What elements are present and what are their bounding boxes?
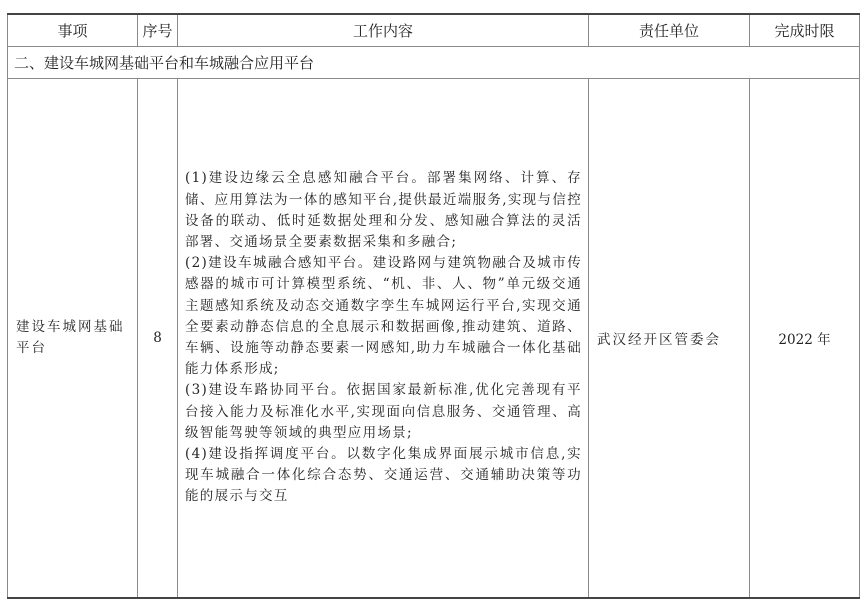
header-unit: 责任单位	[589, 14, 750, 47]
item-cell: 建设车城网基础平台	[8, 79, 138, 599]
deadline-cell: 2022 年	[750, 79, 860, 599]
section-row: 二、建设车城网基础平台和车城融合应用平台	[8, 47, 860, 79]
content-paragraph-1: (1)建设边缘云全息感知融合平台。部署集网络、计算、存储、应用算法为一体的感知平…	[185, 168, 582, 253]
content-paragraph-2: (2)建设车城融合感知平台。建设路网与建筑物融合及城市传感器的城市可计算模型系统…	[185, 253, 582, 380]
unit-cell: 武汉经开区管委会	[589, 79, 750, 599]
header-item: 事项	[8, 14, 138, 47]
header-content: 工作内容	[178, 14, 589, 47]
content-cell: (1)建设边缘云全息感知融合平台。部署集网络、计算、存储、应用算法为一体的感知平…	[178, 79, 589, 599]
seq-cell: 8	[138, 79, 178, 599]
content-paragraph-3: (3)建设车路协同平台。依据国家最新标准,优化完善现有平台接入能力及标准化水平,…	[185, 380, 582, 444]
work-plan-table: 事项 序号 工作内容 责任单位 完成时限 二、建设车城网基础平台和车城融合应用平…	[7, 13, 860, 599]
header-deadline: 完成时限	[750, 14, 860, 47]
section-title: 二、建设车城网基础平台和车城融合应用平台	[8, 47, 860, 79]
table-row: 建设车城网基础平台 8 (1)建设边缘云全息感知融合平台。部署集网络、计算、存储…	[8, 79, 860, 599]
header-row: 事项 序号 工作内容 责任单位 完成时限	[8, 14, 860, 47]
content-paragraph-4: (4)建设指挥调度平台。以数字化集成界面展示城市信息,实现车城融合一体化综合态势…	[185, 444, 582, 508]
header-seq: 序号	[138, 14, 178, 47]
